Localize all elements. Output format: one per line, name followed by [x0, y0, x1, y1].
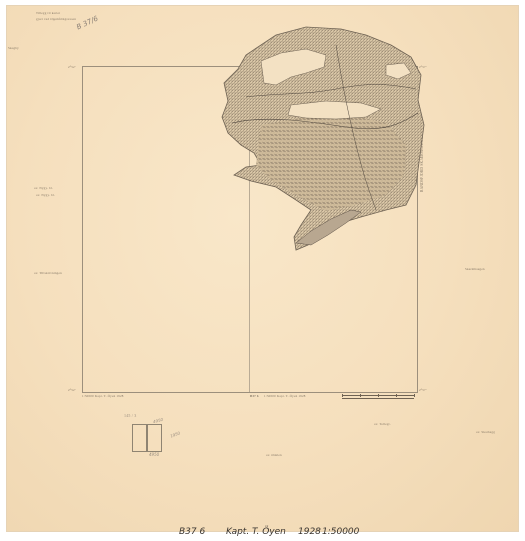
catalog-author: Kapt. T. Öyen [226, 527, 286, 537]
catalog-year: 1928 [298, 527, 321, 537]
inset-annotation: 145 / 3 [124, 413, 137, 418]
catalog-label-strip: B37 6 Kapt. T. Öyen 1928 1:50000 [0, 532, 525, 541]
map-sheet: Tillegg til kartet gjort ved Oppmålingsv… [6, 5, 519, 532]
inset-annotation: 4950 [149, 452, 159, 457]
map-landmass [6, 5, 519, 532]
catalog-sheet-id: B37 6 [179, 527, 205, 537]
inset-key-right-cell [146, 424, 162, 452]
catalog-scale: 1:50000 [322, 527, 359, 537]
